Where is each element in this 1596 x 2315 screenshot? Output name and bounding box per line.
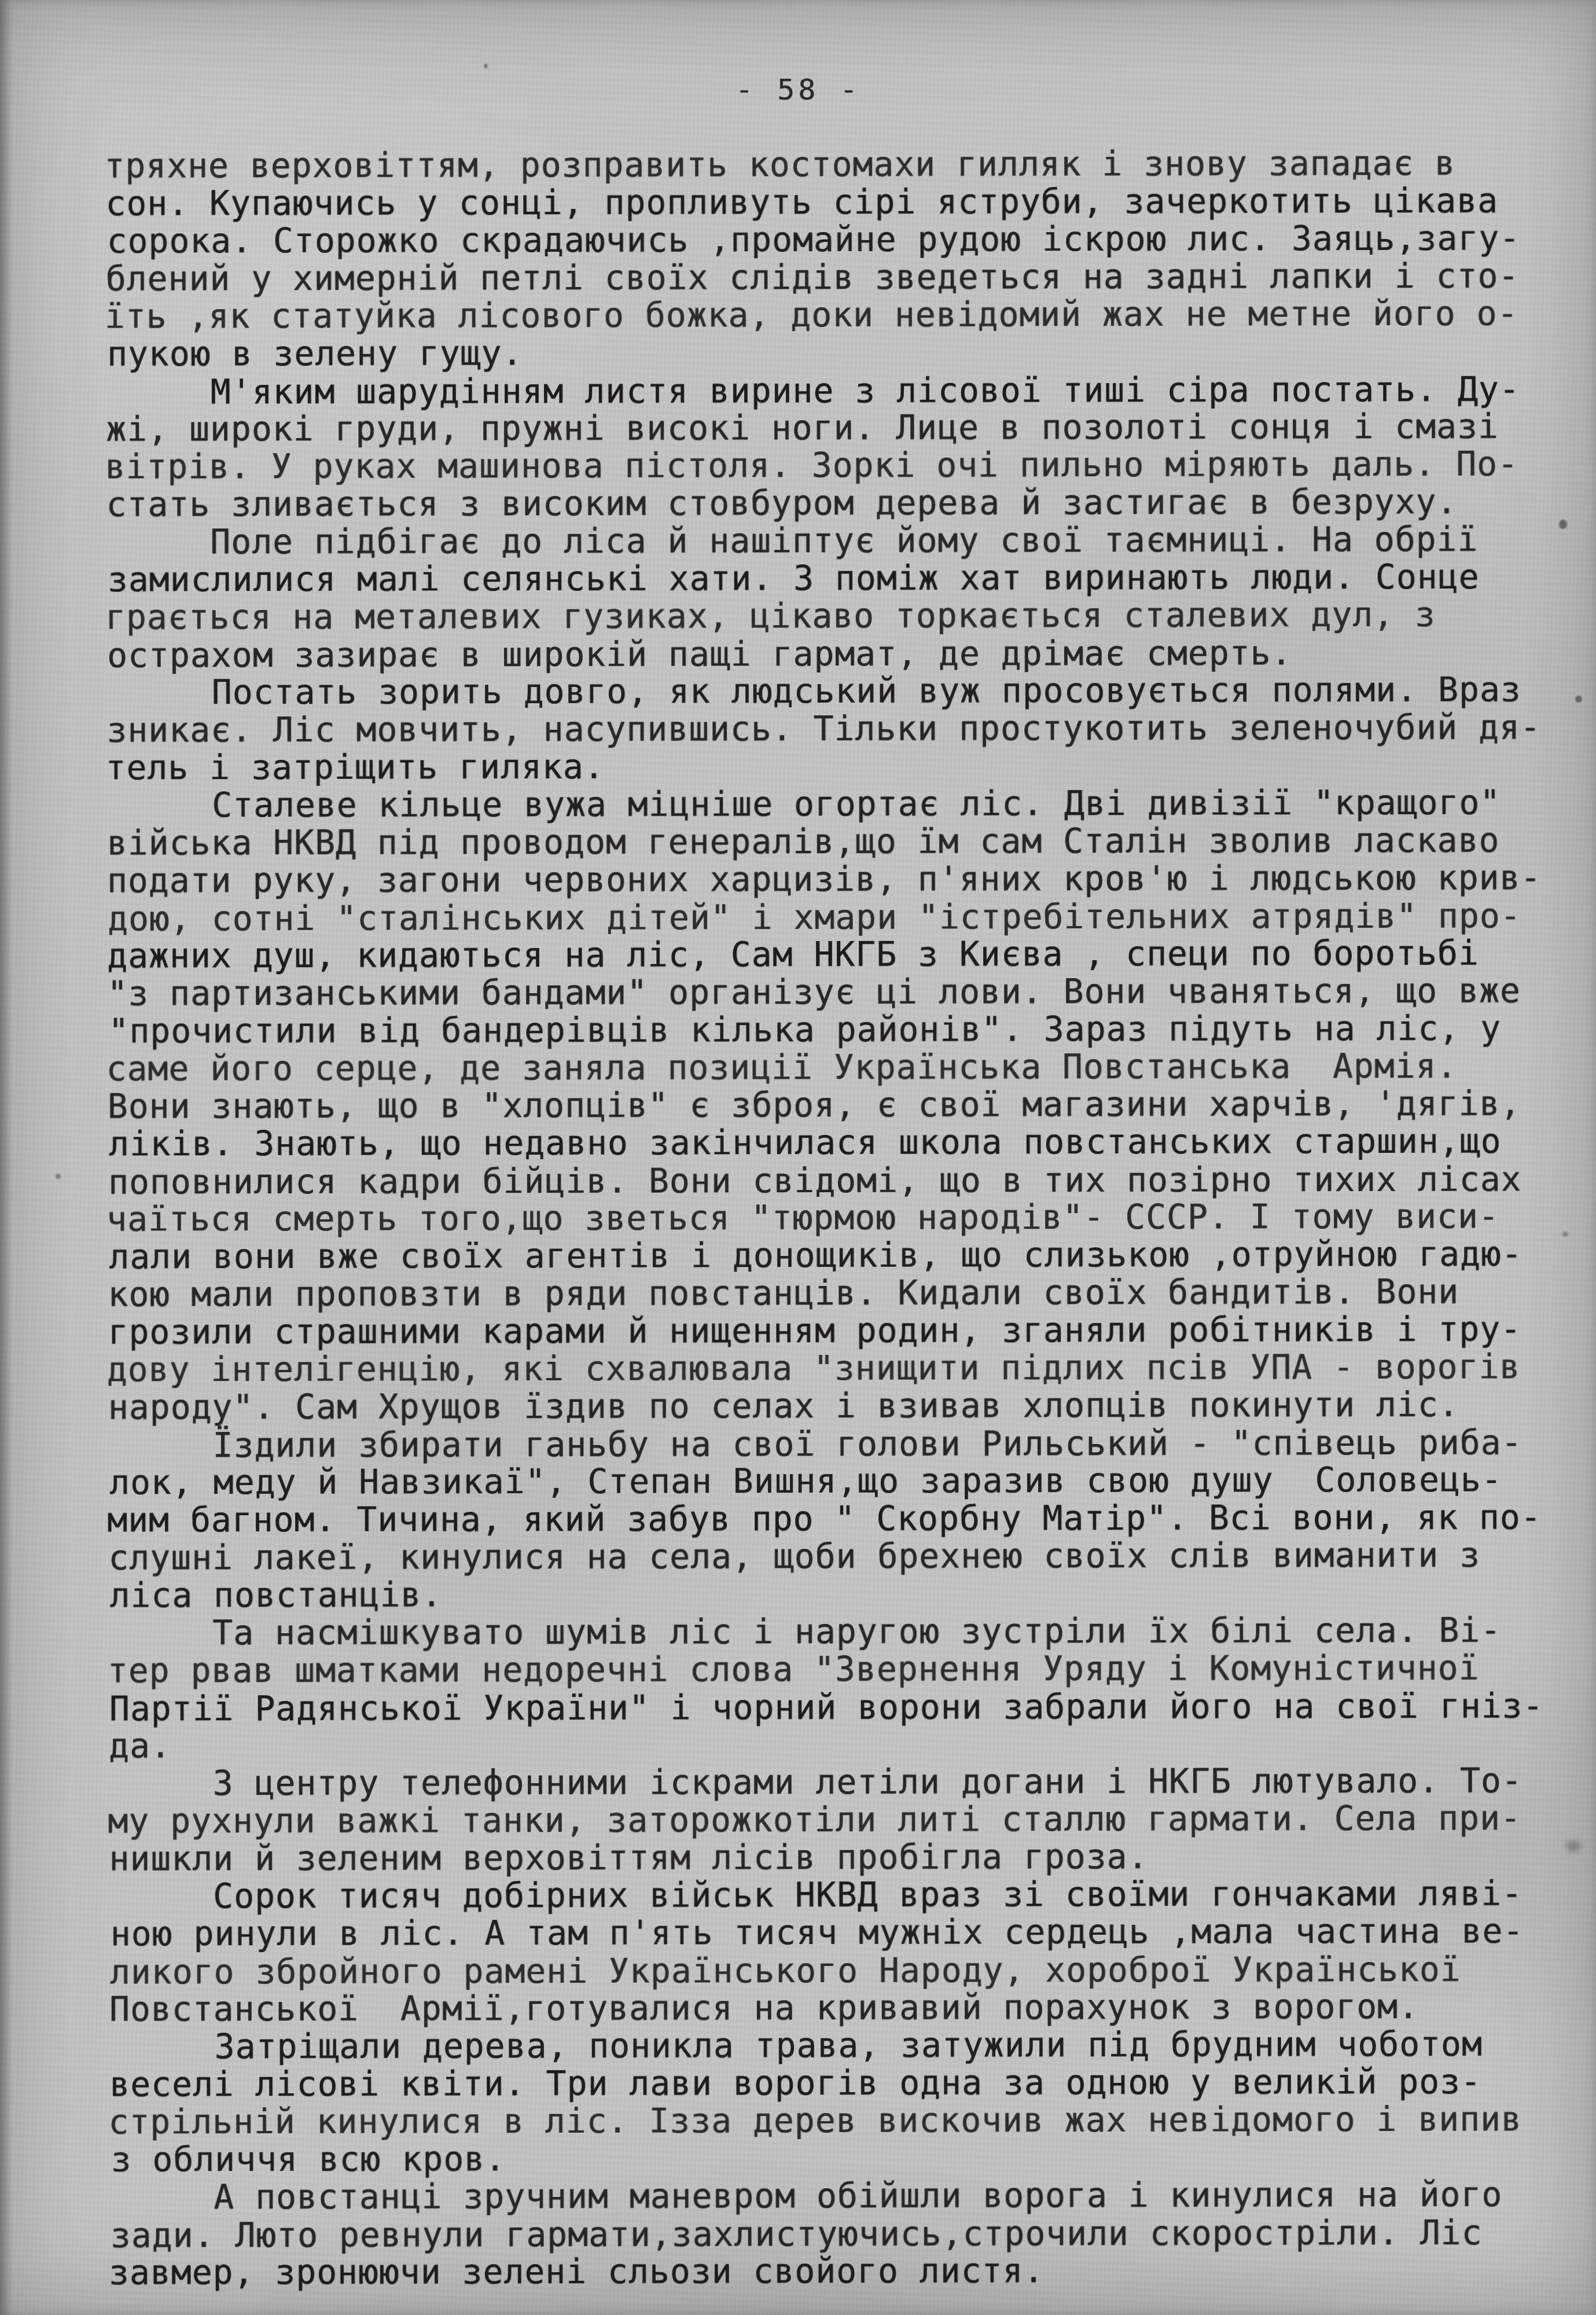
text-line: З центру телефонними іскрами летіли дога… (109, 1762, 1544, 1802)
text-line: Постать зорить довго, як людський вуж пр… (108, 671, 1543, 711)
text-line: пукою в зелену гущу. (107, 332, 1542, 373)
text-line: зади. Люто ревнули гармати,захлистуючись… (111, 2214, 1546, 2254)
text-line: лали вони вже своїх агентів і донощиків,… (109, 1235, 1544, 1276)
text-line: Вони знають, що в "хлопців" є зброя, є с… (108, 1085, 1543, 1125)
text-line: ликого збройного рамені Українського Нар… (110, 1950, 1545, 1991)
text-line: замислилися малі селянські хати. З поміж… (108, 558, 1543, 598)
text-line: Повстанської Армії,готувалися на кривави… (109, 1987, 1544, 2028)
text-line: тряхне верховіттям, розправить костомахи… (104, 144, 1539, 185)
text-line: Їздили збирати ганьбу на свої голови Рил… (109, 1424, 1544, 1464)
scan-speck (1428, 204, 1433, 208)
text-line: дову інтелігенцію, які схвалювала "знищи… (106, 1348, 1542, 1388)
text-line: зникає. Ліс мовчить, насупившись. Тільки… (106, 708, 1542, 749)
document-body: тряхне верховіттям, розправить костомахи… (105, 144, 1545, 2291)
text-line: поповнилися кадри бійців. Вони свідомі, … (108, 1160, 1543, 1201)
text-line: "з партизанськими бандами" організує ці … (107, 972, 1542, 1012)
text-line: сорока. Сторожко скрадаючись ,промайне р… (106, 219, 1542, 260)
text-line: грозили страшними карами й нищенням роди… (108, 1310, 1543, 1351)
text-line: мим багном. Тичина, який забув про " Ско… (107, 1498, 1542, 1539)
text-line: веселі лісові квіти. Три лави ворогів од… (109, 2063, 1544, 2103)
text-line: жі, широкі груди, пружні високі ноги. Ли… (106, 407, 1541, 448)
text-line: да. (109, 1724, 1544, 1765)
text-line: Поле підбігає до ліса й нашіптує йому св… (106, 520, 1541, 561)
text-line: їть ,як статуйка лісового божка, доки не… (105, 295, 1540, 335)
text-line: М'яким шарудінням листя вирине з лісової… (106, 370, 1542, 411)
text-line: стрільній кинулися в ліс. Ізза дерев вис… (108, 2100, 1543, 2141)
text-line: тель і затріщить гиляка. (105, 746, 1540, 787)
text-line: лок, меду й Навзикаї", Степан Вишня,що з… (109, 1461, 1544, 1501)
text-line: подати руку, загони червоних харцизів, п… (107, 859, 1542, 899)
text-line: Партії Радянської України" і чорний воро… (109, 1687, 1544, 1728)
text-line: "прочистили від бандерівців кілька район… (108, 1009, 1543, 1050)
scan-speck (56, 1174, 61, 1179)
text-line: слушні лакеї, кинулися на села, щоби бре… (108, 1536, 1543, 1577)
text-line: Та насмішкувато шумів ліс і наругою зуст… (108, 1611, 1543, 1652)
text-line: му рухнули важкі танки, заторожкотіли ли… (108, 1799, 1543, 1840)
text-line: ліків. Знають, що недавно закінчилася шк… (109, 1122, 1544, 1163)
text-line: вітрів. У руках машинова пістоля. Зоркі … (105, 445, 1540, 486)
scan-speck (1566, 1840, 1581, 1852)
text-line: ною ринули в ліс. А там п'ять тисяч мужн… (111, 1912, 1546, 1953)
text-line: народу". Сам Хрущов їздив по селах і взи… (108, 1386, 1543, 1426)
scan-edge-shadow (0, 0, 13, 2315)
text-line: дою, сотні "сталінських дітей" і хмари "… (108, 897, 1543, 938)
scan-speck (1562, 1232, 1568, 1237)
text-line: війська НКВД під проводом генералів,що ї… (107, 821, 1542, 862)
text-line: Сорок тисяч добірних військ НКВД враз зі… (109, 1875, 1544, 1915)
page-number: - 58 - (0, 73, 1596, 106)
text-line: острахом зазирає в широкій пащі гармат, … (107, 634, 1542, 674)
text-line: сон. Купаючись у сонці, пропливуть сірі … (105, 182, 1540, 222)
text-line: грається на металевих гузиках, цікаво то… (105, 596, 1540, 636)
text-line: тер рвав шматками недоречні слова "Зверн… (108, 1649, 1543, 1689)
text-line: Затріщали дерева, поникла трава, затужил… (111, 2025, 1546, 2066)
text-line: дажних душ, кидаються на ліс, Сам НКГБ з… (107, 934, 1542, 975)
scan-speck (1559, 520, 1567, 529)
text-line: чаїться смерть того,що зветься "тюрмою н… (106, 1197, 1542, 1238)
text-line: ліса повстанців. (109, 1574, 1544, 1614)
text-line: завмер, зронюючи зелені сльози свойого л… (109, 2251, 1544, 2291)
text-line: Сталеве кільце вужа міцніше огортає ліс.… (108, 784, 1543, 824)
text-line: стать зливається з високим стовбуром дер… (106, 483, 1541, 523)
text-line: блений у химерній петлі своїх слідів зве… (106, 257, 1541, 297)
scan-speck (484, 64, 488, 68)
text-line: нишкли й зеленим верховіттям лісів пробі… (109, 1837, 1544, 1877)
text-line: кою мали проповзти в ряди повстанців. Ки… (108, 1273, 1543, 1313)
text-line: саме його серце, де заняла позиції Украї… (106, 1047, 1541, 1087)
text-line: А повстанці зручним маневром обійшли вор… (109, 2176, 1544, 2216)
scanned-page: - 58 - тряхне верховіттям, розправить ко… (0, 0, 1596, 2315)
text-line: з обличчя всю кров. (111, 2138, 1546, 2178)
scan-speck (1575, 696, 1582, 703)
